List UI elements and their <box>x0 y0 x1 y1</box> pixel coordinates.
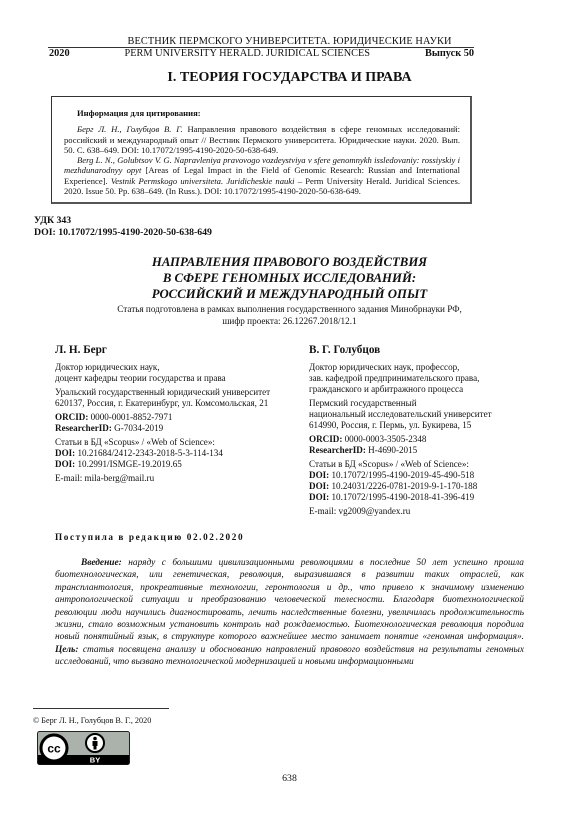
article-doi-link[interactable]: 10.17072/1995-4190-2018-41-396-419 <box>332 492 475 502</box>
author-ids: ORCID: 0000-0003-3505-2348 ResearcherID:… <box>309 434 564 456</box>
journal-title-ru: ВЕСТНИК ПЕРМСКОГО УНИВЕРСИТЕТА. ЮРИДИЧЕС… <box>0 36 579 47</box>
author-name: В. Г. Голубцов <box>309 345 564 356</box>
author-articles: Статьи в БД «Scopus» / «Web of Science»:… <box>309 459 564 503</box>
article-doi-link[interactable]: 10.21684/2412-2343-2018-5-3-114-134 <box>78 448 223 458</box>
goal-label: Цель: <box>55 645 78 655</box>
svg-text:cc: cc <box>47 742 61 756</box>
researcher-id: G-7034-2019 <box>112 423 163 433</box>
udk-doi-block: УДК 343 DOI: 10.17072/1995-4190-2020-50-… <box>34 215 212 239</box>
svg-text:BY: BY <box>90 756 100 765</box>
article-doi-link[interactable]: 10.24031/2226-0781-2019-9-1-170-188 <box>332 481 478 491</box>
author-affiliation: Пермский государственный национальный ис… <box>309 398 564 431</box>
article-doi[interactable]: DOI: 10.17072/1995-4190-2020-50-638-649 <box>34 227 212 239</box>
researcher-id: H-4690-2015 <box>366 445 417 455</box>
section-title: I. ТЕОРИЯ ГОСУДАРСТВА И ПРАВА <box>0 70 579 86</box>
author-email[interactable]: E-mail: mila-berg@mail.ru <box>55 473 310 484</box>
intro-label: Введение: <box>81 558 122 568</box>
page-number: 638 <box>0 773 579 784</box>
author-affiliation: Уральский государственный юридический ун… <box>55 387 310 409</box>
citation-box: Информация для цитирования: Берг Л. Н., … <box>51 96 472 204</box>
author-email[interactable]: E-mail: vg2009@yandex.ru <box>309 506 564 517</box>
article-doi-link[interactable]: 10.2991/ISMGE-19.2019.65 <box>78 459 182 469</box>
copyright: © Берг Л. Н., Голубцов В. Г., 2020 <box>33 716 151 725</box>
author-name: Л. Н. Берг <box>55 345 310 356</box>
author-degree: Доктор юридических наук, доцент кафедры … <box>55 362 310 384</box>
author-ids: ORCID: 0000-0001-8852-7971 ResearcherID:… <box>55 412 310 434</box>
citation-ru: Берг Л. Н., Голубцов В. Г. Направления п… <box>64 124 460 155</box>
header-year: 2020 <box>49 48 70 59</box>
journal-title-en: PERM UNIVERSITY HERALD. JURIDICAL SCIENC… <box>125 48 371 59</box>
citation-en: Berg L. N., Golubtsov V. G. Napravleniya… <box>64 155 460 196</box>
article-title: НАПРАВЛЕНИЯ ПРАВОВОГО ВОЗДЕЙСТВИЯ В СФЕР… <box>0 254 579 302</box>
citation-heading: Информация для цитирования: <box>77 108 460 118</box>
running-header: 2020 PERM UNIVERSITY HERALD. JURIDICAL S… <box>49 48 474 59</box>
orcid: 0000-0001-8852-7971 <box>88 412 172 422</box>
received-date: Поступила в редакцию 02.02.2020 <box>55 532 244 542</box>
grant-note: Статья подготовлена в рамках выполнения … <box>0 304 579 327</box>
cc-by-license-badge[interactable]: cc BY <box>37 731 130 765</box>
author-articles: Статьи в БД «Scopus» / «Web of Science»:… <box>55 437 310 470</box>
article-doi-link[interactable]: 10.17072/1995-4190-2019-45-490-518 <box>332 470 475 480</box>
author-degree: Доктор юридических наук, профессор, зав.… <box>309 362 564 395</box>
orcid: 0000-0003-3505-2348 <box>342 434 426 444</box>
footnote-divider <box>33 708 169 709</box>
author-golubtsov: В. Г. Голубцов Доктор юридических наук, … <box>309 345 564 517</box>
attribution-icon <box>86 734 104 752</box>
header-issue: Выпуск 50 <box>425 48 474 59</box>
abstract-text: Введение: наряду с большими цивилизацион… <box>55 557 524 669</box>
udk: УДК 343 <box>34 215 212 227</box>
cc-icon: cc <box>41 735 67 761</box>
author-berg: Л. Н. Берг Доктор юридических наук, доце… <box>55 345 310 484</box>
